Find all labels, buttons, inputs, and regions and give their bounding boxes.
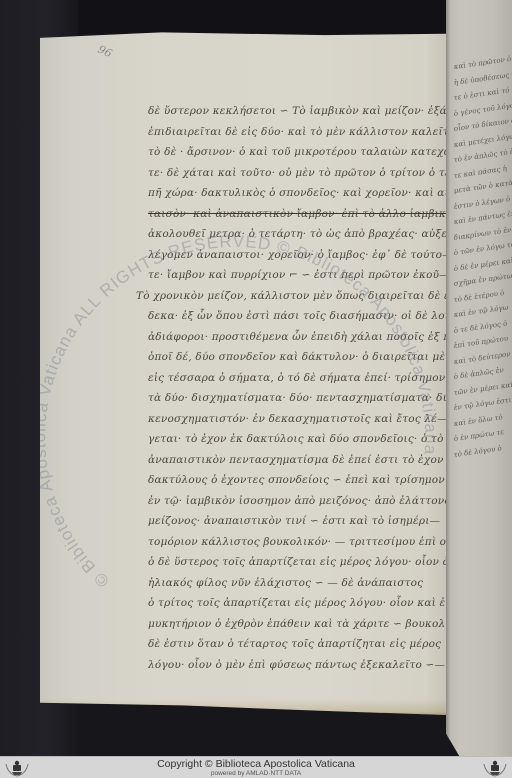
manuscript-line: ἀκολουθεῖ μετρα· ὁ τετάρτη· τὸ ὡς ἀπὸ βρ…: [148, 224, 448, 245]
manuscript-viewer[interactable]: 96 δὲ ὕστερον κεκλήσετοι ∽ Τὸ ἰαμβικὸν κ…: [0, 0, 512, 756]
manuscript-line: ἡλιακός φίλος νῦν ἐλάχιστος ∽ — δὲ ἀνάπα…: [148, 573, 448, 594]
page-gutter-shadow: [446, 0, 450, 756]
manuscript-line: τε· δὲ χάται καὶ τοῦτο· οὐ μὲν τὸ πρῶτον…: [148, 163, 448, 184]
folio-number: 96: [96, 43, 114, 61]
manuscript-line: κενοσχηματιστόν· ἐν δεκασχηματιστοῖς καὶ…: [148, 409, 448, 430]
powered-by-text: powered by AMLAD·NTT DATA: [0, 770, 512, 778]
manuscript-line: πῆ χώρα· δακτυλικὸς ὁ σπονδεῖος· καὶ χορ…: [148, 183, 448, 204]
manuscript-line: δεκα· ἐξ ὧν ὅπου ἐστὶ πάσι τοῖς διασήμασ…: [148, 306, 448, 327]
manuscript-line: Τὸ χρονικὸν μείζον, κάλλιστον μὲν ὅπως δ…: [136, 286, 448, 307]
manuscript-line: τομόριον κάλλιστος βουκολικόν· — τριττεσ…: [148, 532, 448, 553]
adjacent-folio: καὶ τὸ πρῶτον ὁ κατὰἡ δὲ ὑποθέσεως τὸτε …: [446, 0, 512, 756]
manuscript-line: μείζονος· ἀναπαιστικὸν τινί ∽ ἐστι καὶ τ…: [148, 511, 448, 532]
manuscript-line: ἐπιδιαιρεῖται δὲ εἰς δύο· καὶ τὸ μὲν κάλ…: [148, 122, 448, 143]
manuscript-line: ἀναπαιστικὸν πεντασχηματίσμα δὲ ἐπεί ἐστ…: [148, 450, 448, 471]
manuscript-line: γεται· τὸ ἐχον ἐκ δακτύλοις καὶ δύο σπον…: [148, 429, 448, 450]
manuscript-line: μυκητήριον ὁ ἐχθρὸν ἐπάθειν καὶ τὰ χάριτ…: [148, 614, 448, 635]
manuscript-line: τε· ἴαμβον καὶ πυρρίχιον ⌐ ∽ ἐστι περὶ π…: [148, 265, 448, 286]
manuscript-line: ταισὸν· καὶ ἀναπαιστικὸν ἴαμβον· ἐπὶ τὸ …: [148, 204, 448, 225]
adjacent-folio-text: καὶ τὸ πρῶτον ὁ κατὰἡ δὲ ὑποθέσεως τὸτε …: [454, 60, 512, 463]
manuscript-line: τὰ δύο· δισχηματίσματα· δύο· πεντασχηματ…: [148, 388, 448, 409]
manuscript-line: ἀδιάφοροι· προστιθέμενα ὧν ἐπειδὴ χάλαι …: [148, 327, 448, 348]
manuscript-line: ὁποῖ δέ, δύο σπονδεῖον καὶ δάκτυλον· ὁ δ…: [148, 347, 448, 368]
manuscript-line: δακτύλους ὁ ἐχοντες σπονδείοις ∽ ἐπεὶ κα…: [148, 470, 448, 491]
viewer-backdrop-top: [78, 0, 448, 34]
manuscript-line: δὲ ἐστιν ὅταν ὁ τέταρτος τοῖς ἀπαρτίζητα…: [148, 634, 448, 655]
copyright-text: Copyright © Biblioteca Apostolica Vatica…: [0, 758, 512, 770]
manuscript-folio: 96 δὲ ὕστερον κεκλήσετοι ∽ Τὸ ἰαμβικὸν κ…: [40, 31, 446, 715]
manuscript-line: λόγου· οἷον ὁ μὲν ἐπὶ φύσεως πάντως ἐξεκ…: [148, 655, 448, 676]
manuscript-line: δὲ ὕστερον κεκλήσετοι ∽ Τὸ ἰαμβικὸν καὶ …: [148, 101, 448, 122]
manuscript-text-block: δὲ ὕστερον κεκλήσετοι ∽ Τὸ ἰαμβικὸν καὶ …: [148, 101, 448, 675]
footer-bar: Copyright © Biblioteca Apostolica Vatica…: [0, 756, 512, 778]
manuscript-line: ὁ δὲ ὕστερος τοῖς ἀπαρτίζεται εἰς μέρος …: [148, 552, 448, 573]
manuscript-line: ὁ τρίτος τοῖς ἀπαρτίζεται εἰς μέρος λόγο…: [148, 593, 448, 614]
manuscript-line: ἐν τῷ· ἰαμβικὸν ἰσοσημον ἀπὸ μειζόνος· ἀ…: [148, 491, 448, 512]
manuscript-line: λέγομεν ἀναπαιστοι· χορεῖον· ὁ ἴαμβος· ἐ…: [148, 245, 448, 266]
vatican-coat-of-arms-icon: [481, 758, 509, 778]
manuscript-line: τὸ δὲ · ἄρσινον· ὁ καὶ τοῦ μικροτέρου τα…: [148, 142, 448, 163]
manuscript-line: εἰς τέσσαρα ὁ σήματα, ὁ τό δὲ σήματα ἐπε…: [148, 368, 448, 389]
